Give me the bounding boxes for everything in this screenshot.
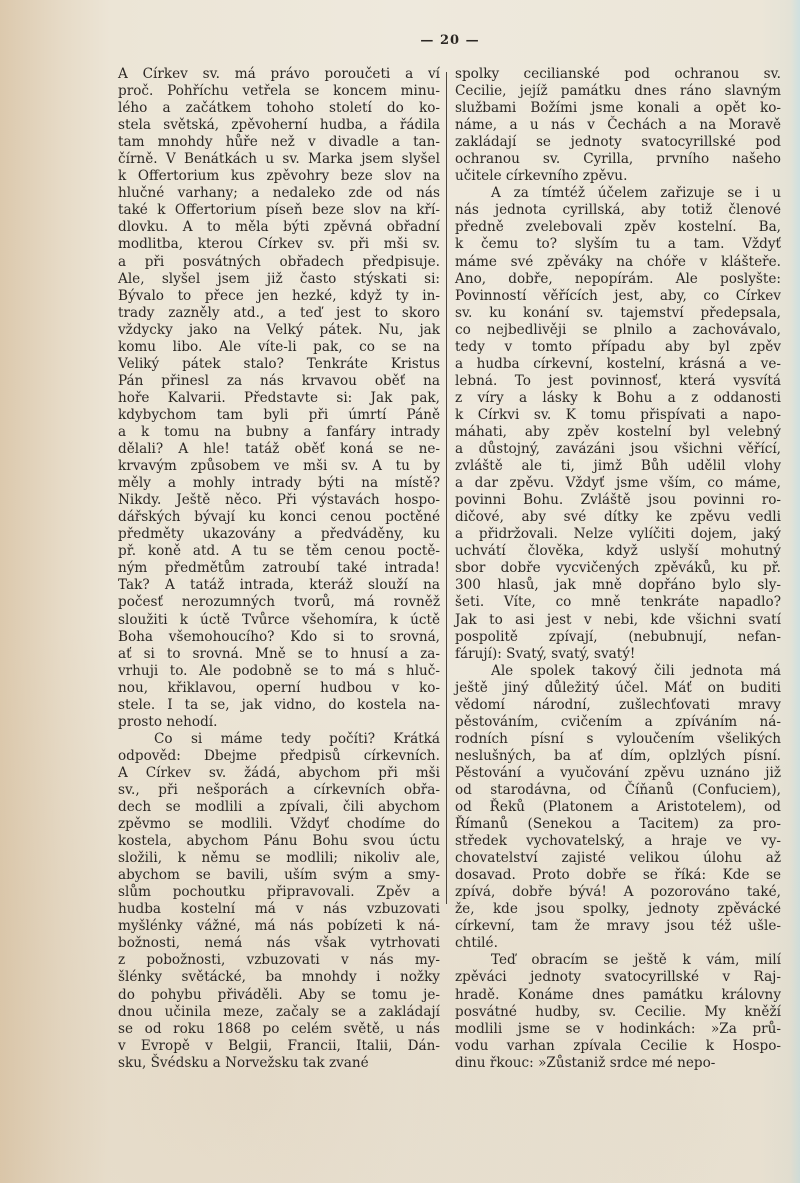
text-line: středek vychovatelský, a hraje ve vy- xyxy=(455,833,781,850)
text-line: a dar zpěvu. Vždyť jsme vším, co máme, xyxy=(455,475,781,492)
text-line: vrhuji to. Ale podobně se to má s hluč- xyxy=(118,663,440,680)
text-line: dech se modlili a zpívali, čili abychom xyxy=(118,799,440,816)
text-line: šlénky světácké, ba mnohdy i nožky xyxy=(118,969,440,986)
text-line: fárují): Svatý, svatý, svatý! xyxy=(455,646,781,663)
text-line: božnosti, nemá nás však vytrhovati xyxy=(118,935,440,952)
text-line: čírně. V Benátkách u sv. Marka jsem slyš… xyxy=(118,151,440,168)
text-line: 300 hlasů, jak mně dopřáno bylo sly- xyxy=(455,577,781,594)
text-line: zpívá, dobře bývá! A pozorováno také, xyxy=(455,884,781,901)
text-line: od Řeků (Platonem a Aristotelem), od xyxy=(455,799,781,816)
text-line: vždycky jako na Velký pátek. Nu, jak xyxy=(118,322,440,339)
text-line: modlili jsme se v hodinkách: »Za prů- xyxy=(455,1021,781,1038)
page-number: — 20 — xyxy=(0,33,800,48)
text-line: a důstojný, zavázáni jsou všichni věřící… xyxy=(455,441,781,458)
text-line: stele. I ta se, jak vidno, do kostela na… xyxy=(118,697,440,714)
scanned-page: — 20 — A Církev sv. má právo poroučeti a… xyxy=(0,0,800,1183)
text-line: co nejbedlivěji se plnilo a zachovávalo, xyxy=(455,322,781,339)
text-line: složili, k němu se modlili; nikoliv ale, xyxy=(118,850,440,867)
text-line: k Offertorium kus zpěvohry beze slov na xyxy=(118,168,440,185)
column-divider xyxy=(446,72,447,904)
text-line: hradě. Konáme dnes památku královny xyxy=(455,987,781,1004)
text-line: ještě jiný důležitý účel. Máť on buditi xyxy=(455,680,781,697)
text-line: lého a začátkem tohoho století do ko- xyxy=(118,100,440,117)
text-line: zpěváci jednoty svatocyrillské v Raj- xyxy=(455,969,781,986)
text-line: abychom se bavili, uším svým a smy- xyxy=(118,867,440,884)
text-line: modlitba, kterou Církev sv. při mši sv. xyxy=(118,236,440,253)
text-line: Římanů (Senekou a Tacitem) za pro- xyxy=(455,816,781,833)
text-line: dičové, aby své dítky ke zpěvu vedli xyxy=(455,509,781,526)
text-line: vodu varhan zpívala Cecilie k Hospo- xyxy=(455,1038,781,1055)
text-line: sbor dobře vycvičených zpěváků, ku př. xyxy=(455,560,781,577)
text-line: kdybychom tam byli při úmrtí Páně xyxy=(118,407,440,424)
text-line: náme, a u nás v Čechách a na Moravě xyxy=(455,117,781,134)
text-line: sv., při nešporách a církevních obřa- xyxy=(118,782,440,799)
text-line: Ale spolek takový čili jednota má xyxy=(455,663,781,680)
text-line: nou, křiklavou, operní hudbou v ko- xyxy=(118,680,440,697)
text-line: že, kde jsou spolky, jednoty zpěvácké xyxy=(455,901,781,918)
text-line: rodních písní s vyloučením všelikých xyxy=(455,731,781,748)
text-line: povinni Bohu. Zvláště jsou povinni ro- xyxy=(455,492,781,509)
text-line: Jak to asi jest v nebi, kde všichni svat… xyxy=(455,612,781,629)
text-line: pěstováním, cvičením a zpíváním ná- xyxy=(455,714,781,731)
text-line: v Evropě v Belgii, Francii, Italii, Dán- xyxy=(118,1038,440,1055)
text-line: dnou učinila meze, začaly se a zakládají xyxy=(118,1004,440,1021)
text-line: z pobožnosti, vzbuzovati v nás my- xyxy=(118,952,440,969)
text-line: A Církev sv. má právo poroučeti a ví xyxy=(118,66,440,83)
text-line: krvavým způsobem ve mši sv. A tu by xyxy=(118,458,440,475)
text-line: př. koně atd. A tu se těm cenou poctě- xyxy=(118,543,440,560)
text-line: sv. ku konání sv. tajemství předepsala, xyxy=(455,305,781,322)
text-line: proč. Pohříchu vetřela se koncem minu- xyxy=(118,83,440,100)
text-line: Co si máme tedy počíti? Krátká xyxy=(118,731,440,748)
text-line: neslušných, ba ať dím, oplzlých písní. xyxy=(455,748,781,765)
text-line: k Církvi sv. K tomu přispívati a napo- xyxy=(455,407,781,424)
text-line: dosavad. Proto dobře se říká: Kde se xyxy=(455,867,781,884)
text-line: ným předmětům zatroubí také intrada! xyxy=(118,560,440,577)
text-line: chovatelství zajisté velikou úlohu až xyxy=(455,850,781,867)
text-line: Boha všemohoucího? Kdo si to srovná, xyxy=(118,629,440,646)
text-line: chtilé. xyxy=(455,935,781,952)
text-line: hlučné varhany; a nedaleko zde od nás xyxy=(118,185,440,202)
text-line: kostela, abychom Pánu Bohu svou úctu xyxy=(118,833,440,850)
text-line: sku, Švédsku a Norvežsku tak zvané xyxy=(118,1055,440,1072)
text-line: Bývalo to přece jen hezké, když ty in- xyxy=(118,288,440,305)
text-line: a při posvátných obřadech předpisuje. xyxy=(118,254,440,271)
text-line: z víry a lásky k Bohu a z oddanosti xyxy=(455,390,781,407)
text-line: Tak? A tatáž intrada, kteráž slouží na xyxy=(118,577,440,594)
text-line: dlovku. A to měla býti zpěvná obřadní xyxy=(118,219,440,236)
text-line: komu libo. Ale víte-li pak, co se na xyxy=(118,339,440,356)
text-line: k čemu to? slyším tu a tam. Vždyť xyxy=(455,236,781,253)
text-line: a přidržovali. Nelze vylíčiti dojem, jak… xyxy=(455,526,781,543)
text-line: Pán přinesl za nás krvavou oběť na xyxy=(118,373,440,390)
text-line: zvláště ale ti, jimž Bůh udělil vlohy xyxy=(455,458,781,475)
text-line: Cecilie, jejíž památku dnes ráno slavným xyxy=(455,83,781,100)
text-line: Veliký pátek stalo? Tenkráte Kristus xyxy=(118,356,440,373)
text-line: předměty ukazovány a předváděny, ku xyxy=(118,526,440,543)
text-line: také k Offertorium píseň beze slov na kř… xyxy=(118,202,440,219)
text-line: se od roku 1868 po celém světě, u nás xyxy=(118,1021,440,1038)
text-line: od starodávna, od Číňanů (Confuciem), xyxy=(455,782,781,799)
text-line: máme své zpěváky na chóře v klášteře. xyxy=(455,254,781,271)
text-line: lebná. To jest povinnosť, která vysvítá xyxy=(455,373,781,390)
text-line: učitele církevního zpěvu. xyxy=(455,168,781,185)
text-line: Nikdy. Ještě něco. Při výstavách hospo- xyxy=(118,492,440,509)
text-line: vědomí národní, zušlechťovati mravy xyxy=(455,697,781,714)
text-line: církevní, tam že mravy jsou též ušle- xyxy=(455,918,781,935)
text-line: stela světská, zpěvoherní hudba, a řádil… xyxy=(118,117,440,134)
text-line: hudba kostelní má v nás vzbuzovati xyxy=(118,901,440,918)
text-line: hoře Kalvarii. Představte si: Jak pak, xyxy=(118,390,440,407)
text-line: tedy v tomto případu aby byl zpěv xyxy=(455,339,781,356)
text-line: máhati, aby zpěv kostelní byl velebný xyxy=(455,424,781,441)
right-column: spolky cecilianské pod ochranou sv.Cecil… xyxy=(455,66,781,1072)
text-line: myšlénky vážné, má nás pobízeti k ná- xyxy=(118,918,440,935)
text-line: dělali? A hle! tatáž oběť koná se ne- xyxy=(118,441,440,458)
text-line: sloužiti k úctě Tvůrce všehomíra, k úctě xyxy=(118,612,440,629)
text-line: prosto nehodí. xyxy=(118,714,440,731)
text-line: počesť nerozumných tvorů, má rovněž xyxy=(118,594,440,611)
text-line: nás jednota cyrillská, aby totiž členové xyxy=(455,202,781,219)
text-line: službami Božími jsme konali a opět ko- xyxy=(455,100,781,117)
text-line: dinu řkouc: »Zůstaniž srdce mé nepo- xyxy=(455,1055,781,1072)
text-line: zakládají se jednoty svatocyrillské pod xyxy=(455,134,781,151)
text-line: tam mnohdy hůře než v divadle a tan- xyxy=(118,134,440,151)
text-line: trady zazněly atd., a teď jest to skoro xyxy=(118,305,440,322)
text-line: spolky cecilianské pod ochranou sv. xyxy=(455,66,781,83)
text-line: do pohybu přiváděli. Aby se tomu je- xyxy=(118,987,440,1004)
text-line: Ale, slyšel jsem již často stýskati si: xyxy=(118,271,440,288)
text-line: Pěstování a vyučování zpěvu uznáno již xyxy=(455,765,781,782)
text-line: a k tomu na bubny a fanfáry intrady xyxy=(118,424,440,441)
text-line: posvátné hudby, sv. Cecilie. My kněží xyxy=(455,1004,781,1021)
text-line: předně zvelebovali zpěv kostelní. Ba, xyxy=(455,219,781,236)
text-line: A za tímtéž účelem zařizuje se i u xyxy=(455,185,781,202)
left-column: A Církev sv. má právo poroučeti a víproč… xyxy=(118,66,440,1072)
text-line: měly a mohly intrady býti na místě? xyxy=(118,475,440,492)
text-line: Povinností věřících jest, aby, co Církev xyxy=(455,288,781,305)
text-line: Ano, dobře, nepopírám. Ale poslyšte: xyxy=(455,271,781,288)
text-line: ať si to srovná. Mně se to hnusí a za- xyxy=(118,646,440,663)
text-line: dářských bývají ku konci cenou poctěné xyxy=(118,509,440,526)
text-line: pospolitě zpívají, (nebubnují, nefan- xyxy=(455,629,781,646)
text-line: zpěvmo se modlili. Vždyť chodíme do xyxy=(118,816,440,833)
text-line: šeti. Víte, co mně tenkráte napadlo? xyxy=(455,594,781,611)
text-line: uchvátí člověka, když uslyší mohutný xyxy=(455,543,781,560)
text-line: A Církev sv. žádá, abychom při mši xyxy=(118,765,440,782)
text-line: odpověd: Dbejme předpisů církevních. xyxy=(118,748,440,765)
text-line: Teď obracím se ještě k vám, milí xyxy=(455,952,781,969)
text-line: ochranou sv. Cyrilla, prvního našeho xyxy=(455,151,781,168)
text-line: slům pochoutku připravovali. Zpěv a xyxy=(118,884,440,901)
text-line: a hudba církevní, kostelní, krásná a ve- xyxy=(455,356,781,373)
